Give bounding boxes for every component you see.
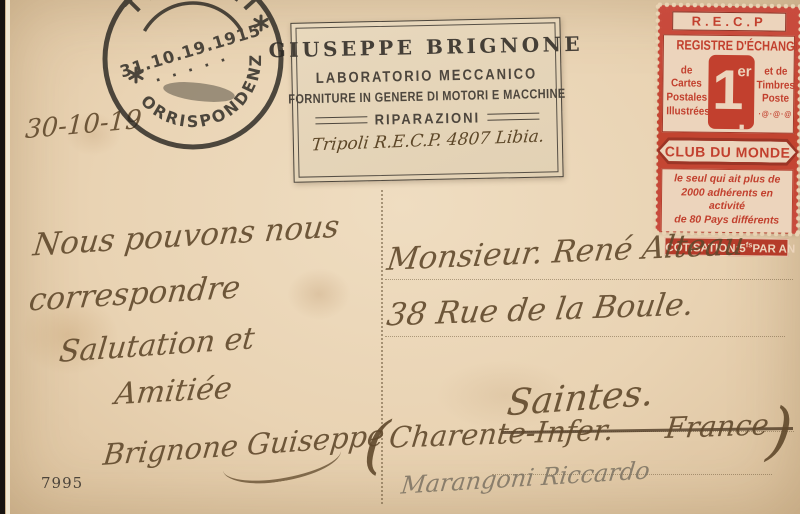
- stamp-banner: CLUB DU MONDE: [656, 137, 798, 166]
- scan-edge: [6, 0, 10, 514]
- message-line: Salutation et: [57, 321, 256, 370]
- address-region: (Charente-Infer.France): [363, 406, 794, 455]
- stamp-ornaments: ·@·@·@: [756, 109, 794, 119]
- age-stain: [287, 268, 351, 320]
- business-handwritten-address: Tripoli R.E.C.P. 4807 Libia.: [311, 127, 546, 156]
- message-line: correspondre: [27, 269, 242, 318]
- double-rule: [487, 113, 539, 121]
- plate-number: 7995: [41, 474, 83, 492]
- business-label-frame: GIUSEPPE BRIGNONE LABORATORIO MECCANICO …: [295, 22, 558, 177]
- address-street: 38 Rue de la Boule.: [385, 287, 697, 334]
- dotted-gap: [613, 438, 665, 440]
- stamp-first-class-badge: 1 er .: [708, 55, 755, 130]
- business-line3-row: RIPARAZIONI: [315, 109, 539, 129]
- address-name: Monsieur. René Alteau: [385, 226, 746, 278]
- stamp-main-panel: REGISTRE D'ÉCHANGISTES de Cartes Postale…: [662, 34, 795, 134]
- stamp-banner-text: CLUB DU MONDE: [659, 140, 795, 163]
- address-rule: [385, 279, 793, 280]
- stamp-title: REGISTRE D'ÉCHANGISTES: [676, 37, 781, 53]
- recp-club-stamp: R.E.C.P REGISTRE D'ÉCHANGISTES de Cartes…: [656, 5, 800, 234]
- business-name: GIUSEPPE BRIGNONE: [268, 32, 583, 63]
- business-line3: RIPARAZIONI: [374, 109, 480, 128]
- postmark-tripoli: TRIPOLI CORRISPONDENZE 31.10.19.1915 · ·…: [85, 0, 307, 172]
- stamp-right-column: et de Timbres Poste ·@·@·@: [756, 65, 795, 120]
- perforation-edge: [656, 2, 800, 10]
- postcard-back: TRIPOLI CORRISPONDENZE 31.10.19.1915 · ·…: [5, 0, 800, 514]
- business-line1: LABORATORIO MECCANICO: [316, 65, 538, 87]
- message-line: Nous pouvons nous: [31, 208, 341, 263]
- message-line: Amitiée: [113, 371, 234, 412]
- pencil-note: Marangoni Riccardo: [400, 456, 652, 499]
- business-label: GIUSEPPE BRIGNONE LABORATORIO MECCANICO …: [290, 17, 563, 183]
- business-line2: FORNITURE IN GENERE DI MOTORI E MACCHINE: [288, 87, 566, 107]
- stamp-header: R.E.C.P: [672, 11, 786, 31]
- postmark-inner-arc: [145, 3, 242, 31]
- address-rule: [385, 336, 785, 337]
- stamp-left-column: de Cartes Postales Illustrées: [666, 64, 706, 119]
- stamp-tagline: le seul qui ait plus de 2000 adhérents e…: [661, 168, 794, 233]
- double-rule: [316, 116, 368, 124]
